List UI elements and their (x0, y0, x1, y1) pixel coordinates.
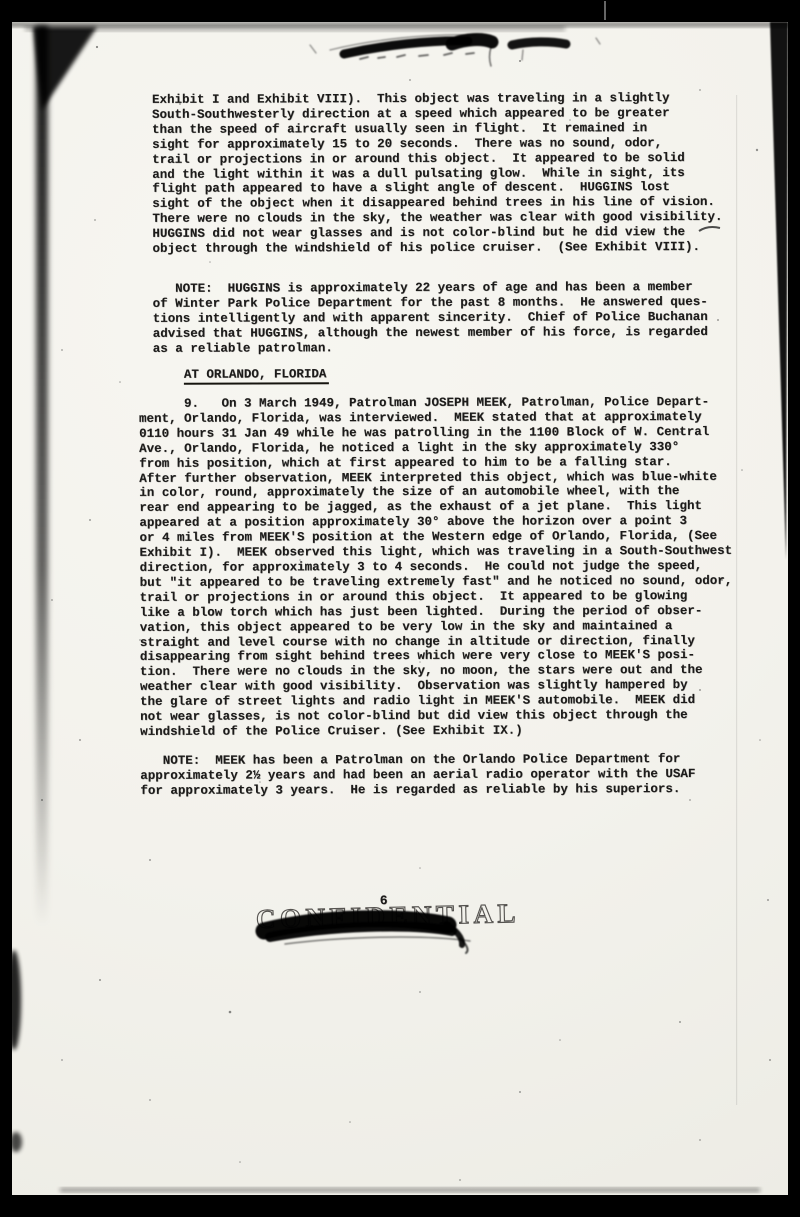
confidential-stamp-text: CONFIDENTIAL (256, 898, 521, 935)
paragraph-huggins-sighting: Exhibit I and Exhibit VIII). This object… (152, 91, 723, 257)
typewritten-text-layer: Exhibit I and Exhibit VIII). This object… (0, 0, 800, 1217)
paragraph-meek-sighting: 9. On 3 March 1949, Patrolman JOSEPH MEE… (139, 395, 733, 740)
section-heading-orlando: AT ORLANDO, FLORIDA (184, 367, 329, 382)
note-huggins-reliability: NOTE: HUGGINS is approximately 22 years … (153, 280, 708, 356)
scanned-document: Exhibit I and Exhibit VIII). This object… (0, 0, 800, 1217)
section-heading-underlined-text: AT ORLANDO, FLORIDA (184, 367, 329, 385)
note-meek-reliability: NOTE: MEEK has been a Patrolman on the O… (140, 752, 695, 799)
